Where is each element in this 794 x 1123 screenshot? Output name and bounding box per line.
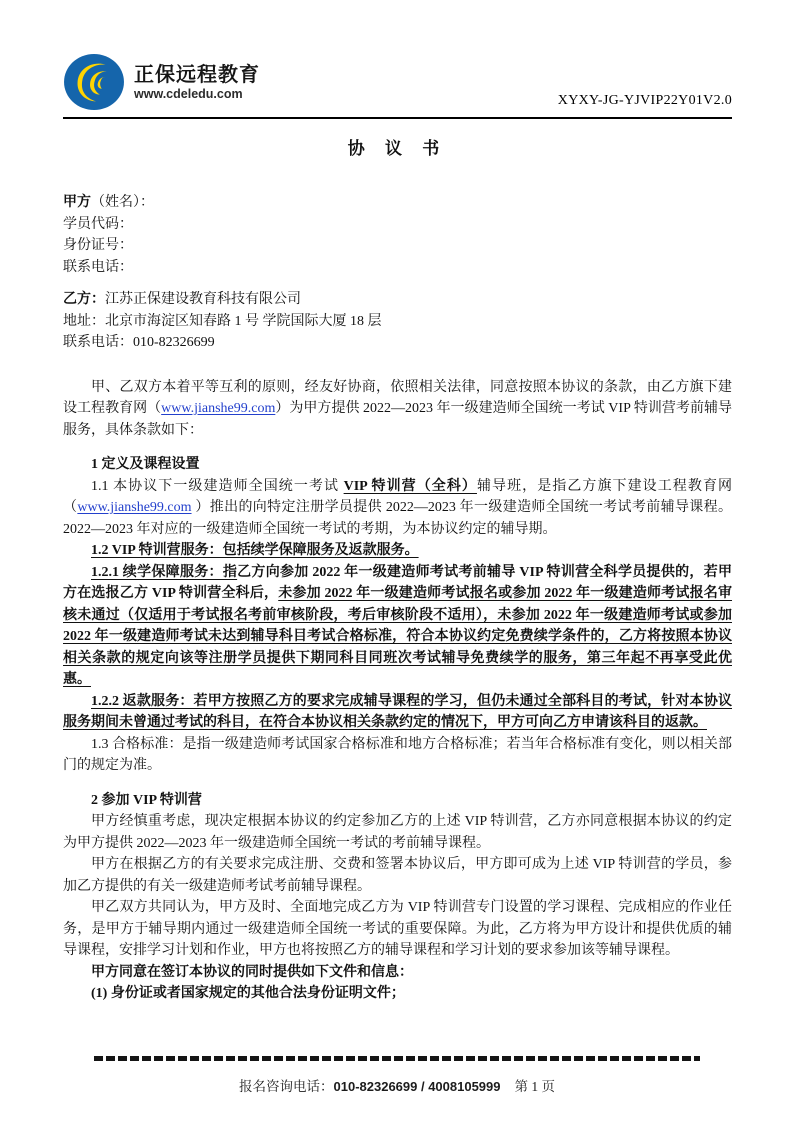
jianshe99-link[interactable]: www.jianshe99.com <box>161 401 275 416</box>
section2-document-item-1: (1) 身份证或者国家规定的其他合法身份证明文件； <box>63 983 732 1005</box>
footer-dashed-rule <box>94 1056 700 1061</box>
party-b-address: 地址：北京市海淀区知春路 1 号 学院国际大厦 18 层 <box>63 311 732 333</box>
document-title: 协 议 书 <box>63 134 732 159</box>
party-a-phone: 联系电话： <box>63 257 732 279</box>
party-b-name-line: 乙方：江苏正保建设教育科技有限公司 <box>63 289 732 311</box>
party-b-phone: 联系电话：010-82326699 <box>63 332 732 354</box>
clause-1-2-2: 1.2.2 返款服务：若甲方按照乙方的要求完成辅导课程的学习，但仍未通过全部科目… <box>63 691 732 734</box>
jianshe99-link-2[interactable]: www.jianshe99.com <box>77 500 191 515</box>
party-a-id-number: 身份证号： <box>63 235 732 257</box>
section2-paragraph-2: 甲方在根据乙方的有关要求完成注册、交费和签署本协议后，甲方即可成为上述 VIP … <box>63 854 732 897</box>
section1-heading: 1 定义及课程设置 <box>63 454 732 476</box>
section2-documents-lead: 甲方同意在签订本协议的同时提供如下文件和信息： <box>63 962 732 984</box>
footer-page-number: 第 1 页 <box>515 1079 556 1094</box>
document-code: XYXY-JG-YJVIP22Y01V2.0 <box>558 93 732 111</box>
document-body: 甲方（姓名）： 学员代码： 身份证号： 联系电话： 乙方：江苏正保建设教育科技有… <box>63 192 732 1005</box>
intro-paragraph: 甲、乙双方本着平等互利的原则，经友好协商，依照相关法律，同意按照本协议的条款，由… <box>63 377 732 442</box>
party-a-name-line: 甲方（姓名）： <box>63 192 732 214</box>
section2-heading: 2 参加 VIP 特训营 <box>63 790 732 812</box>
party-b-label: 乙方： <box>63 292 105 307</box>
clause-1-2: 1.2 VIP 特训营服务：包括续学保障服务及返款服务。 <box>63 540 732 562</box>
clause-1-2-1-lead: 1.2.1 续学保障服务：指 <box>91 565 237 580</box>
clause-1-1-text: 1.1 本协议下一级建造师全国统一考试 <box>91 479 344 494</box>
company-website: www.cdeledu.com <box>134 87 260 101</box>
clause-1-1: 1.1 本协议下一级建造师全国统一考试 VIP 特训营（全科）辅导班，是指乙方旗… <box>63 476 732 541</box>
footer-phone-label: 报名咨询电话： <box>239 1079 334 1094</box>
party-a-student-code: 学员代码： <box>63 214 732 236</box>
logo-text-block: 正保远程教育 www.cdeledu.com <box>134 64 260 101</box>
section2-paragraph-1: 甲方经慎重考虑，现决定根据本协议的约定参加乙方的上述 VIP 特训营，乙方亦同意… <box>63 811 732 854</box>
header-rule <box>63 117 732 119</box>
section2-paragraph-3: 甲乙双方共同认为，甲方及时、全面地完成乙方为 VIP 特训营专门设置的学习课程、… <box>63 897 732 962</box>
party-a-label-rest: （姓名）： <box>91 195 154 210</box>
page-header: 正保远程教育 www.cdeledu.com XYXY-JG-YJVIP22Y0… <box>63 0 732 111</box>
party-a-label: 甲方 <box>63 195 91 210</box>
footer-phone-numbers: 010-82326699 / 4008105999 <box>334 1079 501 1094</box>
clause-1-1-vip-label: VIP 特训营（全科） <box>344 479 477 494</box>
zhengbao-globe-icon <box>63 53 125 111</box>
clause-1-2-1: 1.2.1 续学保障服务：指乙方向参加 2022 年一级建造师考试考前辅导 VI… <box>63 562 732 691</box>
page-footer: 报名咨询电话：010-82326699 / 4008105999第 1 页 <box>0 1056 794 1095</box>
company-logo: 正保远程教育 www.cdeledu.com <box>63 53 260 111</box>
agreement-page: 正保远程教育 www.cdeledu.com XYXY-JG-YJVIP22Y0… <box>0 0 794 1123</box>
footer-text: 报名咨询电话：010-82326699 / 4008105999第 1 页 <box>0 1075 794 1095</box>
company-name: 正保远程教育 <box>134 64 260 87</box>
party-b-block: 乙方：江苏正保建设教育科技有限公司 地址：北京市海淀区知春路 1 号 学院国际大… <box>63 289 732 354</box>
party-a-block: 甲方（姓名）： 学员代码： 身份证号： 联系电话： <box>63 192 732 278</box>
clause-1-2-1-underlined: 未参加 2022 年一级建造师考试报名或参加 2022 年一级建造师考试报名审核… <box>63 586 732 687</box>
party-b-company: 江苏正保建设教育科技有限公司 <box>105 292 301 307</box>
clause-1-3: 1.3 合格标准：是指一级建造师考试国家合格标准和地方合格标准；若当年合格标准有… <box>63 734 732 777</box>
